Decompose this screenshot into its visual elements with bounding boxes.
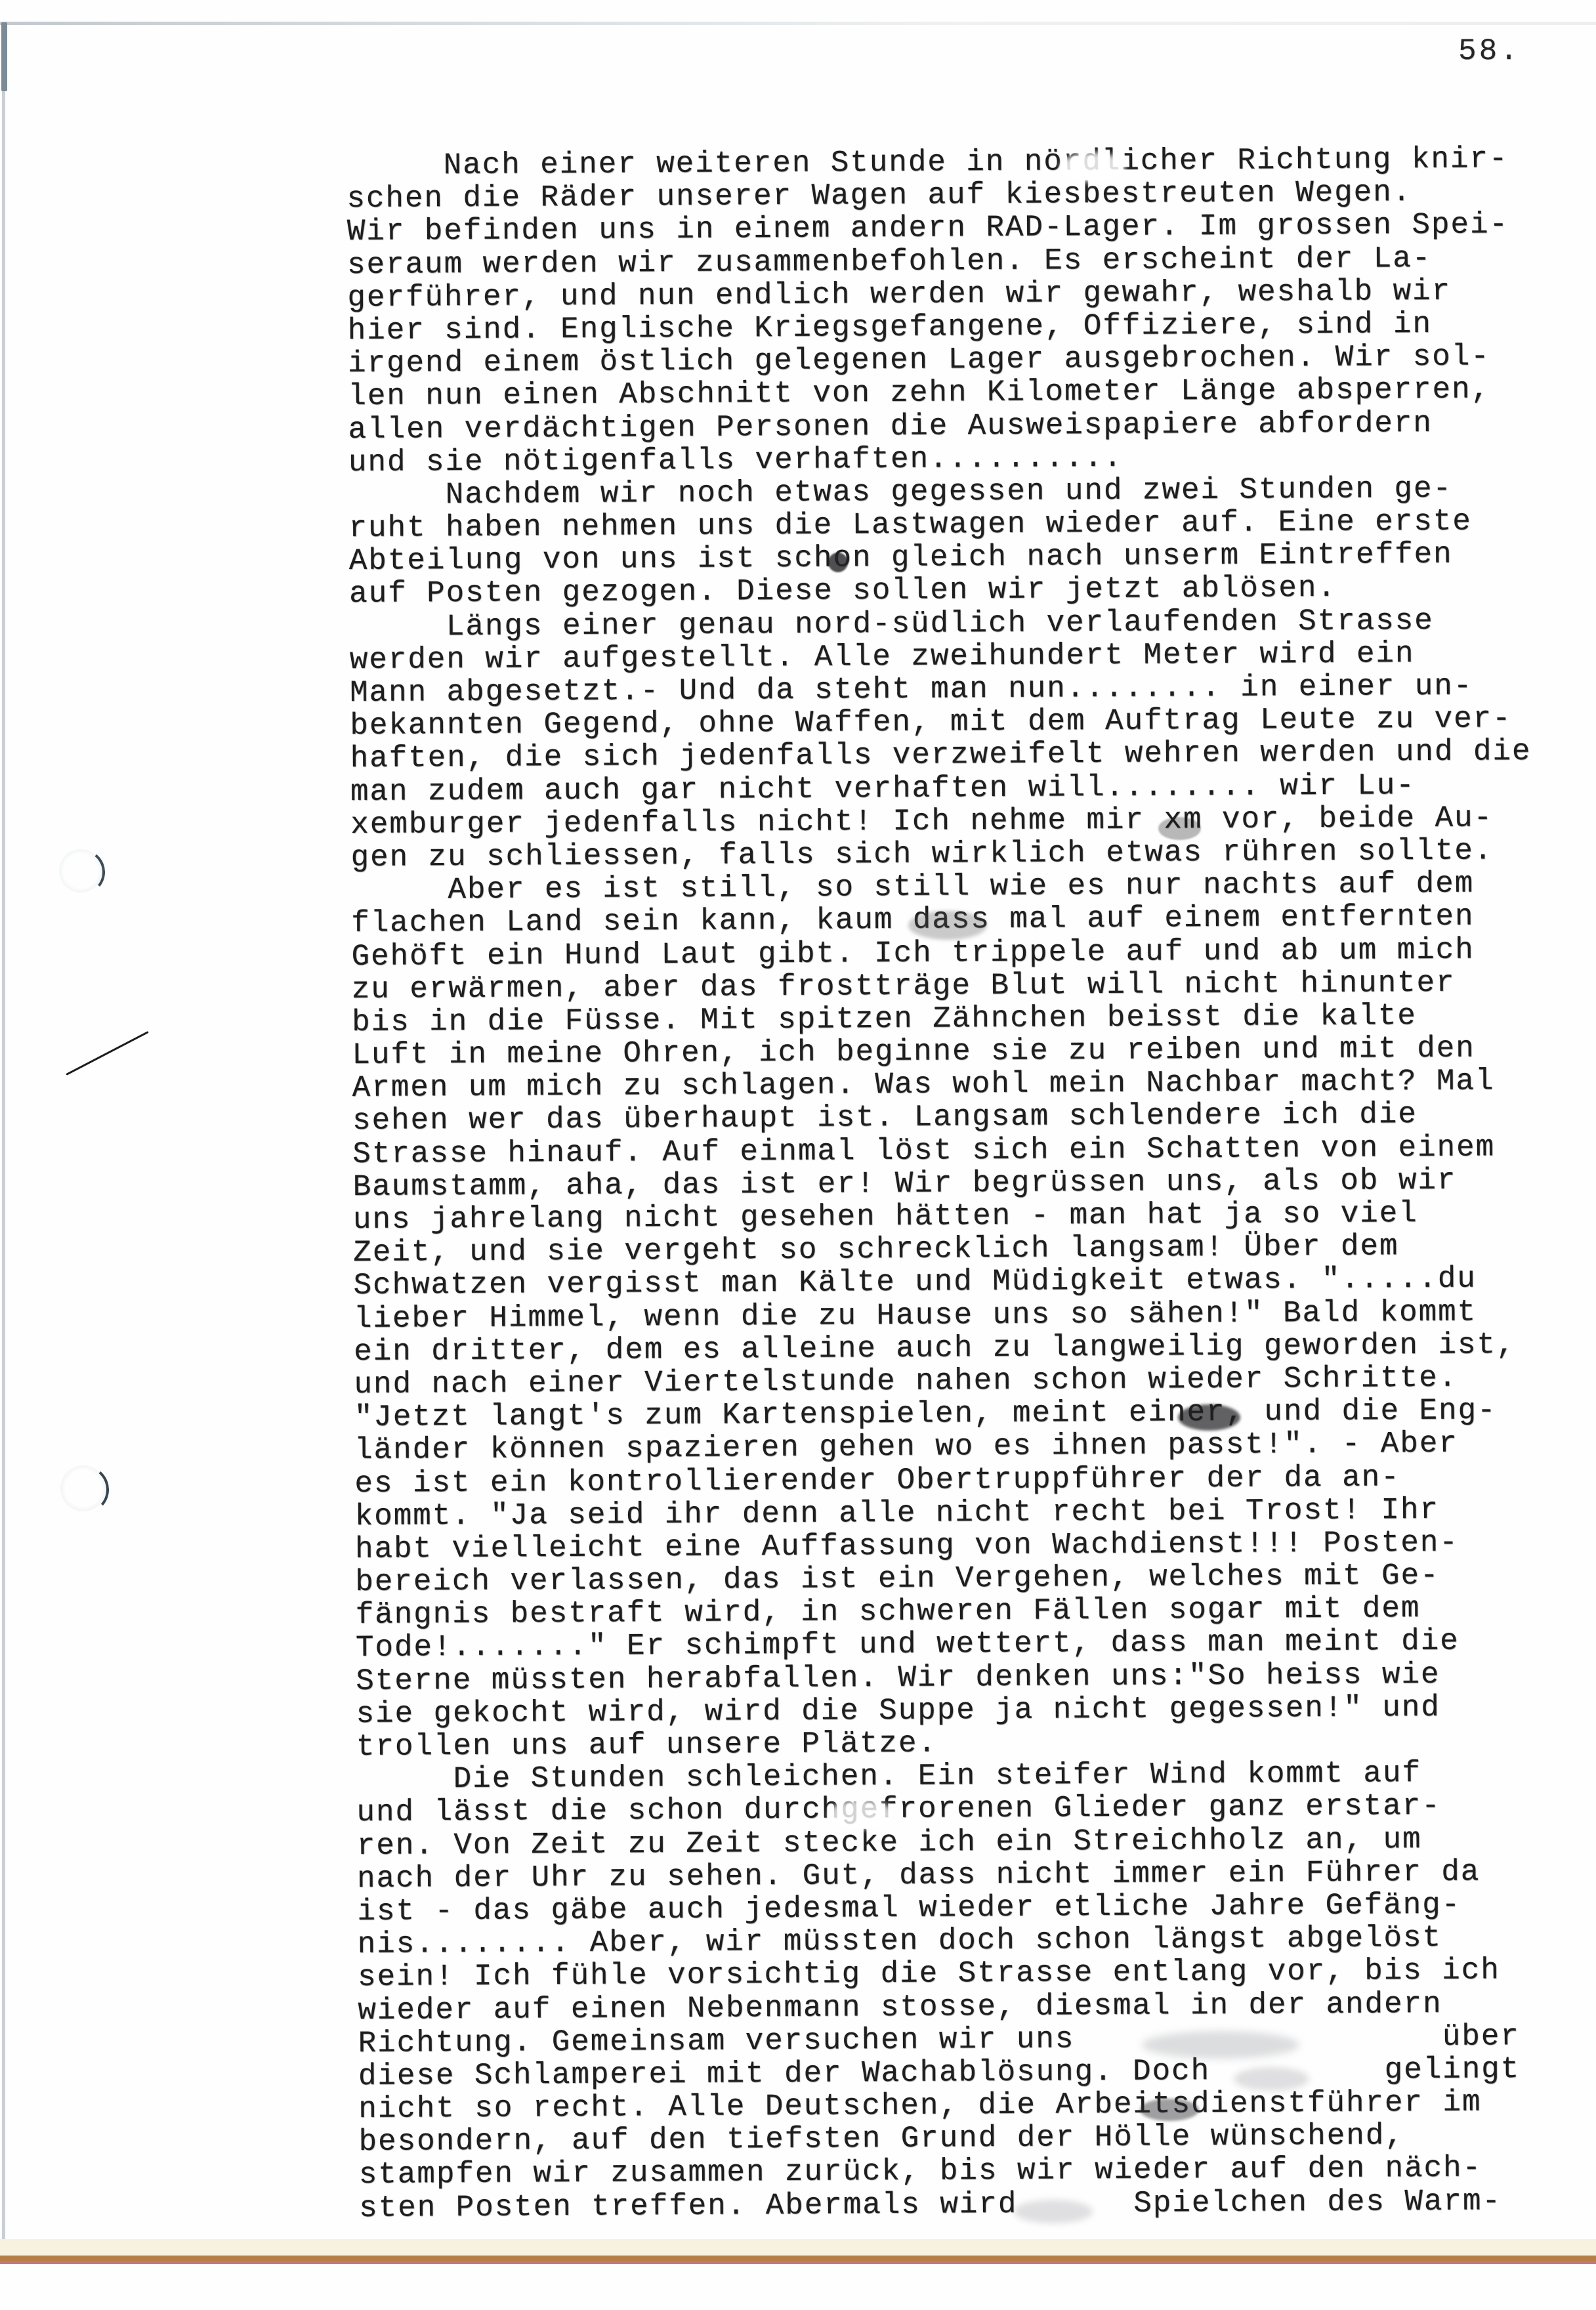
text-line: sten Posten treffen. Abermals wird Spiel… bbox=[359, 2185, 1540, 2225]
footer-rule-cream bbox=[0, 2239, 1596, 2256]
ink-blot bbox=[1158, 817, 1201, 840]
text-line: sie gekocht wird, wird die Suppe ja nich… bbox=[356, 1690, 1537, 1731]
ink-blot bbox=[1140, 2099, 1199, 2121]
whiteout-smudge bbox=[828, 1799, 894, 1830]
ghost-smudge bbox=[1234, 2067, 1309, 2091]
scan-edge-left-line bbox=[2, 24, 5, 2248]
pen-stroke-mark bbox=[66, 1031, 148, 1076]
scan-edge-top-line bbox=[0, 22, 1596, 25]
page-number: 58. bbox=[1458, 34, 1521, 68]
ink-blot bbox=[1178, 1404, 1240, 1431]
ghost-smudge bbox=[1014, 2200, 1093, 2223]
text-line: Abteilung von uns ist schon gleich nach … bbox=[349, 537, 1530, 577]
text-line: allen verdächtigen Personen die Ausweisp… bbox=[348, 406, 1529, 446]
typewritten-text-block: Nach einer weiteren Stunde in nördlicher… bbox=[346, 142, 1540, 2225]
footer-rule-pink bbox=[0, 2261, 1596, 2264]
ghost-smudge bbox=[1142, 2031, 1299, 2059]
whiteout-smudge bbox=[1060, 152, 1125, 182]
scanned-page: 58. Nach einer weiteren Stunde in nördli… bbox=[0, 0, 1596, 2310]
ink-blot bbox=[828, 553, 848, 572]
footer-rule-tan bbox=[0, 2256, 1596, 2261]
scan-corner-mark bbox=[1, 22, 7, 91]
hole-punch-upper-arc bbox=[57, 847, 108, 898]
ink-smear bbox=[908, 911, 987, 940]
